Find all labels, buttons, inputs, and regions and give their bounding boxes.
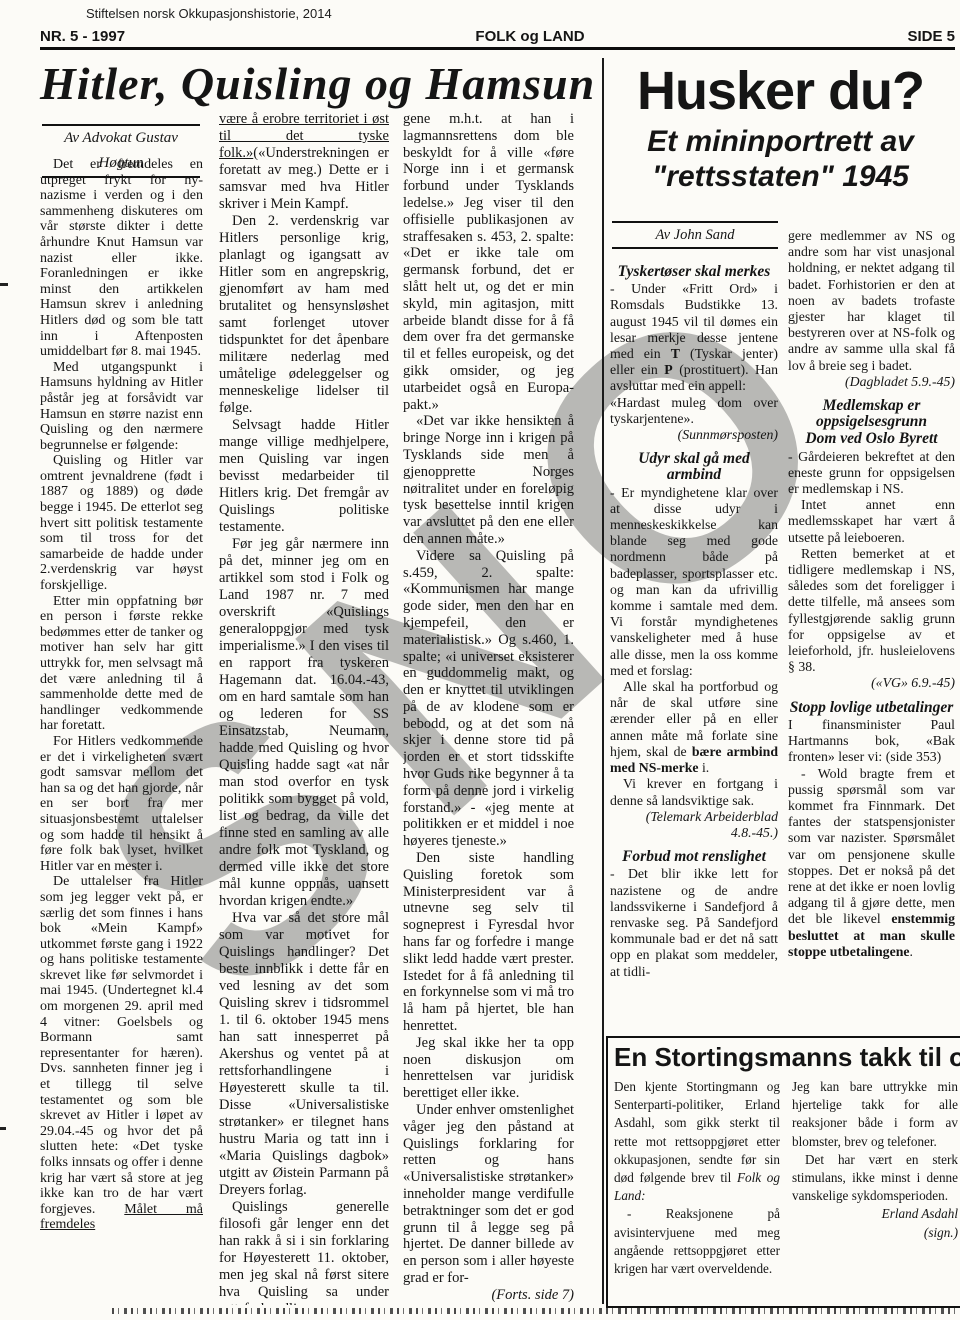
text-run: (Dagbladet 5.9.-45)	[845, 374, 955, 389]
text-run: Udyr skal gå med armbind	[638, 450, 750, 483]
text-run: .	[910, 944, 913, 959]
paragraph: Det er fremdeles en utpreget frykt for n…	[40, 157, 203, 360]
text-run: De uttalelser fra Hitler som jeg legger …	[40, 874, 203, 1216]
stortingsmann-column-right: Jeg kan bare uttrykke min hjertelige tak…	[792, 1078, 958, 1293]
stortingsmann-column-left: Den kjente Stortingmann og Senterparti-p…	[614, 1078, 780, 1293]
text-run: Med utgangspunkt i Hamsuns hyldning av H…	[40, 360, 203, 453]
paragraph: gere medlemmer av NS og andre som har vi…	[788, 228, 955, 374]
text-run: («VG» 6.9.-45)	[871, 675, 955, 690]
text-run: gene m.h.t. at han i lagmannsrettens dom…	[403, 111, 574, 413]
text-run: (sign.)	[924, 1225, 958, 1240]
masthead-title: FOLK og LAND	[430, 28, 630, 45]
text-run: Selvsagt hadde Hitler mange villige medh…	[219, 417, 389, 535]
paragraph: «Det var ikke hensikten å bringe Norge i…	[403, 413, 574, 547]
section-heading: Medlemskap er oppsigelsesgrunn	[788, 398, 955, 430]
stortingsmann-box-title: En Stortingsmanns takk til oss alle	[614, 1040, 959, 1074]
text-run: Quisling og Hitler var omtrent jevnaldre…	[40, 453, 203, 593]
stortingsmann-box-columns: Den kjente Stortingmann og Senterparti-p…	[614, 1078, 959, 1293]
paragraph: Før jeg går nærmere inn på det, minner j…	[219, 536, 389, 910]
paragraph: Intet annet enn medlemsskapet har vært å…	[788, 497, 955, 546]
paragraph: - Det blir ikke lett for nazistene og de…	[610, 866, 778, 979]
husker-du-column-left: Tyskertøser skal merkes- Under «Fritt Or…	[610, 256, 778, 1030]
section-heading: Forbud mot renslighet	[610, 849, 778, 865]
paragraph: (Forts. side 7)	[403, 1287, 574, 1304]
text-run: (Sunnmørsposten)	[678, 427, 778, 442]
text-run: i.	[699, 760, 710, 775]
text-run: - Gårdeieren bekreftet at den eneste gru…	[788, 449, 955, 496]
masthead-page-number: SIDE 5	[907, 28, 955, 45]
paragraph: - Wold bragte frem et pussig spørsmål so…	[788, 766, 955, 960]
text-run: «Det var ikke hensikten å bringe Norge i…	[403, 413, 574, 547]
masthead-rule	[40, 47, 955, 50]
paragraph: Alle skal ha portforbud og når de skal u…	[610, 679, 778, 776]
paragraph: («VG» 6.9.-45)	[788, 675, 955, 691]
paragraph: I finansminister Paul Hartmanns bok, «Ba…	[788, 717, 955, 766]
section-heading: Udyr skal gå med armbind	[610, 451, 778, 483]
paragraph: - Reaksjonene på avisintervjuene med meg…	[614, 1205, 780, 1278]
masthead-issue: NR. 5 - 1997	[40, 28, 125, 45]
paragraph: Erland Asdahl	[792, 1205, 958, 1223]
text-run: Videre sa Quisling på s.459, 2. spalte: …	[403, 548, 574, 850]
text-run: (Telemark Arbeiderblad 4.8.-45.)	[646, 809, 778, 840]
paragraph: (Telemark Arbeiderblad 4.8.-45.)	[610, 809, 778, 841]
text-run: T	[671, 346, 680, 361]
paragraph: være å erobre territoriet i øst til det …	[219, 111, 389, 213]
husker-du-byline: Av John Sand	[612, 221, 778, 249]
text-run: Medlemskap er oppsigelsesgrunn	[816, 397, 927, 430]
scan-artifact-strip	[112, 1308, 957, 1314]
text-run: Jeg kan bare uttrykke min hjertelige tak…	[792, 1079, 958, 1149]
page-content: Stiftelsen norsk Okkupasjonshistorie, 20…	[0, 0, 960, 1320]
paragraph: Den kjente Stortingmann og Senterparti-p…	[614, 1078, 780, 1205]
text-run: I finansminister Paul Hartmanns bok, «Ba…	[788, 717, 955, 764]
paragraph: Etter min oppfatning bør en person i før…	[40, 594, 203, 734]
text-run: Retten bemerket at et tidligere medlemsk…	[788, 546, 955, 674]
text-run: - Det blir ikke lett for nazistene og de…	[610, 866, 778, 978]
paragraph: Den siste handling Quisling foretok som …	[403, 850, 574, 1035]
paragraph: Quislings generelle filosofi går lenger …	[219, 1199, 389, 1305]
text-run: Etter min oppfatning bør en person i før…	[40, 594, 203, 734]
text-run: (Forts. side 7)	[491, 1287, 574, 1303]
paragraph: Retten bemerket at et tidligere medlemsk…	[788, 546, 955, 676]
text-run: Den siste handling Quisling foretok som …	[403, 850, 574, 1034]
husker-du-headline: Husker du?	[606, 60, 955, 122]
article-headline: Hitler, Quisling og Hamsun	[40, 58, 580, 110]
paragraph: Vi krever en fortgang i denne så landsvi…	[610, 776, 778, 808]
paragraph: Quisling og Hitler var omtrent jevnaldre…	[40, 453, 203, 593]
section-heading: Tyskertøser skal merkes	[610, 264, 778, 280]
paragraph: Jeg skal ikke her ta opp noen diskusjon …	[403, 1035, 574, 1102]
column-divider-rule	[602, 58, 604, 1304]
paragraph: - Gårdeieren bekreftet at den eneste gru…	[788, 449, 955, 498]
newspaper-page: SNO Stiftelsen norsk Okkupasjonshistorie…	[0, 0, 960, 1320]
text-run: Vi krever en fortgang i denne så landsvi…	[610, 776, 778, 807]
scan-credit: Stiftelsen norsk Okkupasjonshistorie, 20…	[86, 6, 332, 21]
paragraph: Selvsagt hadde Hitler mange villige medh…	[219, 417, 389, 536]
paragraph: For Hitlers vedkommende er det i virkeli…	[40, 734, 203, 874]
scan-speck	[0, 1127, 6, 1130]
text-run: For Hitlers vedkommende er det i virkeli…	[40, 734, 203, 874]
text-run: Intet annet enn medlemsskapet har vært å…	[788, 497, 955, 544]
husker-du-column-right: gere medlemmer av NS og andre som har vi…	[788, 228, 955, 1030]
paragraph: Videre sa Quisling på s.459, 2. spalte: …	[403, 548, 574, 850]
text-run: Stopp lovlige utbetalinger	[790, 699, 954, 716]
text-run: Jeg skal ikke her ta opp noen diskusjon …	[403, 1035, 574, 1101]
text-run: Dom ved Oslo Byrett	[805, 430, 937, 447]
paragraph: (Sunnmørsposten)	[610, 427, 778, 443]
text-run: - Er myndighetene klar over at disse udy…	[610, 485, 778, 678]
text-run: Før jeg går nærmere inn på det, minner j…	[219, 536, 389, 909]
paragraph: gene m.h.t. at han i lagmannsrettens dom…	[403, 111, 574, 413]
text-run: Det har vært en sterk stimulans, ikke mi…	[792, 1152, 958, 1203]
text-run: - Reaksjonene på avisintervjuene med meg…	[614, 1206, 780, 1276]
paragraph: Med utgangspunkt i Hamsuns hyldning av H…	[40, 360, 203, 454]
article-column-1: Det er fremdeles en utpreget frykt for n…	[40, 157, 203, 1305]
section-heading: Dom ved Oslo Byrett	[788, 431, 955, 447]
text-run: Forbud mot renslighet	[622, 848, 766, 865]
paragraph: Den 2. verdenskrig var Hitlers personlig…	[219, 213, 389, 417]
scan-speck	[0, 283, 8, 286]
paragraph: (Dagbladet 5.9.-45)	[788, 374, 955, 390]
text-run: P	[664, 362, 672, 377]
text-run: Quislings generelle filosofi går lenger …	[219, 1199, 389, 1305]
text-run: Det er fremdeles en utpreget frykt for n…	[40, 157, 203, 359]
paragraph: Under enhver omstenlighet våger jeg den …	[403, 1102, 574, 1287]
paragraph: - Under «Fritt Ord» i Romsdals Budstikke…	[610, 281, 778, 394]
paragraph: - Er myndighetene klar over at disse udy…	[610, 485, 778, 679]
article-column-2: være å erobre territoriet i øst til det …	[219, 111, 389, 1305]
text-run: gere medlemmer av NS og andre som har vi…	[788, 228, 955, 373]
text-run: - Wold bragte frem et pussig spørsmål so…	[788, 766, 955, 927]
text-run: «Hardast muleg dom over tyskarjentene».	[610, 395, 778, 426]
text-run: Erland Asdahl	[882, 1206, 958, 1221]
paragraph: Det har vært en sterk stimulans, ikke mi…	[792, 1151, 958, 1206]
paragraph: De uttalelser fra Hitler som jeg legger …	[40, 874, 203, 1233]
paragraph: Jeg kan bare uttrykke min hjertelige tak…	[792, 1078, 958, 1151]
stortingsmann-box: En Stortingsmanns takk til oss alle Den …	[606, 1036, 960, 1308]
husker-du-subhead-line2: "rettsstaten" 1945	[606, 159, 955, 194]
text-run: Den 2. verdenskrig var Hitlers personlig…	[219, 213, 389, 416]
text-run: Tyskertøser skal merkes	[618, 263, 771, 280]
paragraph: Hva var så det store mål som var motivet…	[219, 910, 389, 1199]
text-run: Hva var så det store mål som var motivet…	[219, 910, 389, 1198]
article-column-3: gene m.h.t. at han i lagmannsrettens dom…	[403, 111, 574, 1305]
paragraph: «Hardast muleg dom over tyskarjentene».	[610, 395, 778, 427]
husker-du-subhead: Et mininportrett av "rettsstaten" 1945	[606, 124, 955, 194]
text-run: Under enhver omstenlighet våger jeg den …	[403, 1102, 574, 1286]
husker-du-subhead-line1: Et mininportrett av	[606, 124, 955, 159]
section-heading: Stopp lovlige utbetalinger	[788, 700, 955, 716]
paragraph: (sign.)	[792, 1224, 958, 1242]
